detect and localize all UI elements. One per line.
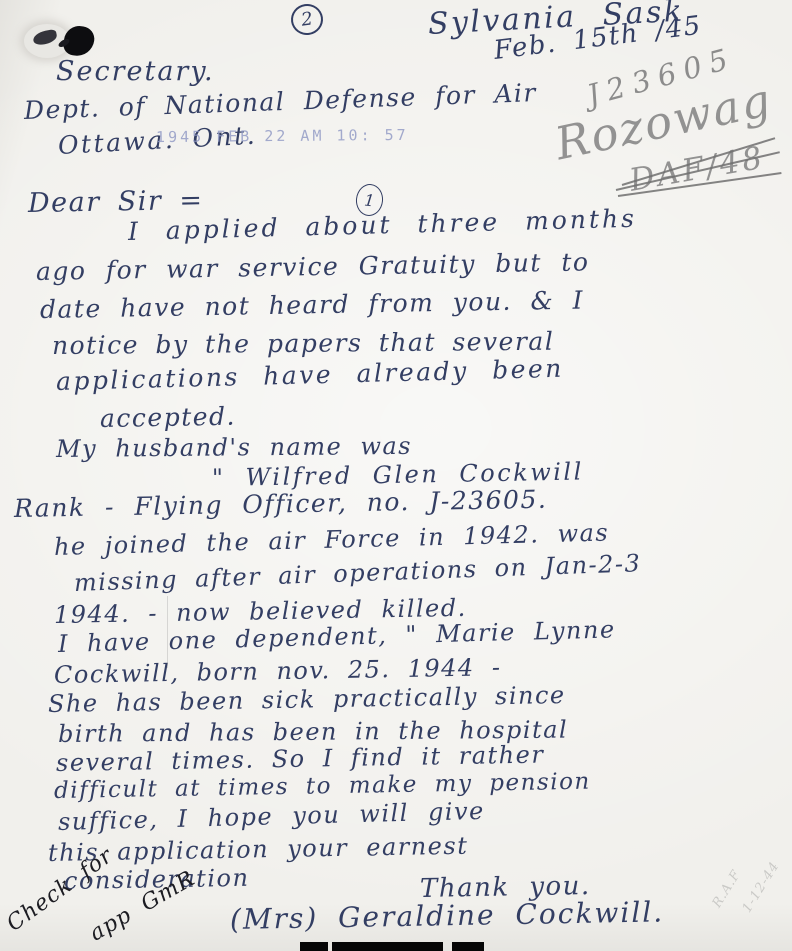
page-number-circle: 2 [289,2,325,37]
body-line: She has been sick practically since [48,683,566,716]
faint-pencil-note: 1-12-44 [740,860,781,915]
body-line: I applied about three months [128,206,637,244]
scanned-letter-page: 2 Sylvania Sask Feb. 15th /45 Secretary.… [0,0,792,951]
scan-artifact-bar [452,942,484,951]
received-date-stamp: 1945 FEB 22 AM 10: 57 [156,126,409,146]
body-line: date have not heard from you. & I [40,288,584,322]
body-line: notice by the papers that several [52,329,554,358]
recipient-line: Secretary. [56,58,215,85]
body-line: suffice, I hope you will give [58,799,485,834]
page-number: 2 [300,8,314,30]
body-line: Cockwill, born nov. 25. 1944 - [54,655,502,687]
body-line: Rank - Flying Officer, no. J-23605. [14,487,548,521]
scan-artifact-bar [300,942,328,951]
signature: (Mrs) Geraldine Cockwill. [230,898,665,934]
body-line: ago for war service Gratuity but to [36,249,590,284]
body-line: My husband's name was [56,434,412,461]
body-line: accepted. [100,404,236,431]
paragraph-marker: 1 [363,190,375,210]
faint-pencil-note: R.A.F [710,868,743,910]
body-line: applications have already been [56,356,564,394]
scan-artifact-bar [332,942,443,951]
paper-crease [167,596,168,668]
salutation: Dear Sir = [28,187,204,217]
